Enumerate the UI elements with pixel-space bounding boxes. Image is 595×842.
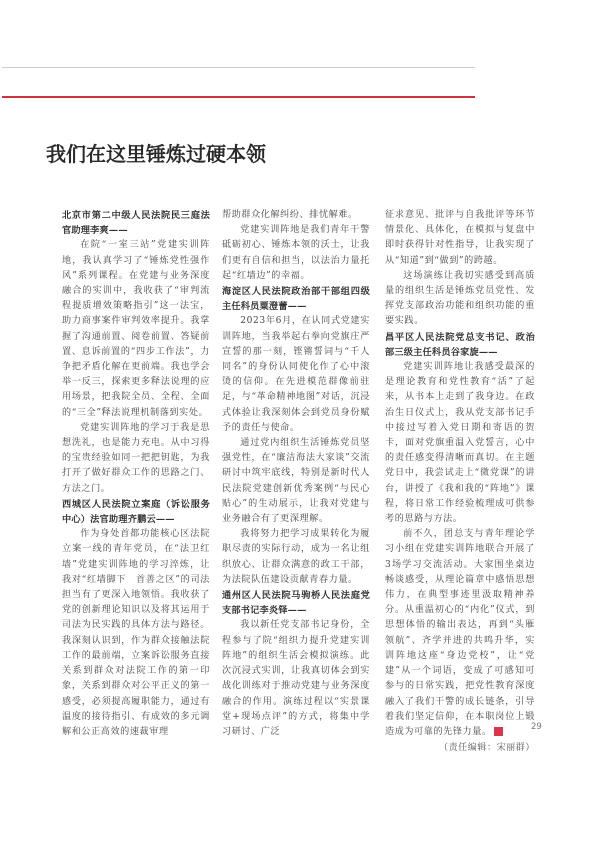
paragraph: 前不久，团总支与青年理论学习小组在党建实训阵地联合开展了3场学习交流活动。大家围… [385,527,535,740]
paragraph: 党建实训阵地是我们青年干警砥砺初心、锤炼本领的沃土，让我们更有自信和担当，以法治… [222,223,370,284]
page-number: 29 [531,722,542,732]
text-column-2: 帮助群众化解纠纷、排忧解难。 党建实训阵地是我们青年干警砥砺初心、锤炼本领的沃土… [222,208,370,740]
paragraph: 我以新任党支部书记身份，全程参与了院“组织力提升党建实训阵地”的组织生活会模拟演… [222,618,370,740]
paragraph: 2023年6月，在认同式党建实训阵地，当我举起右拳向党旗庄严宣誓的那一刻，铿锵誓… [222,314,370,436]
paragraph-text: 前不久，团总支与青年理论学习小组在党建实训阵地联合开展了3场学习交流活动。大家围… [385,529,535,737]
text-column-1: 北京市第二中级人民法院民三庭法官助理李爽—— 在院“一室三站”党建实训阵地，我认… [62,208,210,740]
section-heading: 海淀区人民法院政治部干部组四级主任科员粟澄蕾—— [222,284,370,314]
text-column-3: 征求意见、批评与自我批评等环节情景化、具体化，在模拟与复盘中即时获得针对性指导，… [385,208,535,756]
paragraph: 这场演练让我切实感受到高质量的组织生活是锤炼党员党性、发挥党支部政治功能和组织功… [385,269,535,330]
end-mark-icon: Z [494,727,503,736]
paragraph: 作为身处首都功能核心区法院立案一线的青年党员，在“法卫红墙”党建实训阵地的学习淬… [62,527,210,740]
header-thin-rule [2,67,475,68]
article-title: 我们在这里锤炼过硬本领 [46,138,266,167]
paragraph: 党建实训阵地让我感受最深的是理论教育和党性教育“活”了起来，从书本上走到了我身边… [385,360,535,527]
paragraph: 我将努力把学习成果转化为履职尽责的实际行动，成为一名让组织放心、让群众满意的政工… [222,527,370,588]
editor-credit: （责任编辑：宋丽群） [385,741,535,756]
section-heading: 北京市第二中级人民法院民三庭法官助理李爽—— [62,208,210,238]
paragraph: 党建实训阵地的学习于我是思想洗礼，也是能力充电。从中习得的宝贵经验如同一把把钥匙… [62,421,210,497]
paragraph-continued: 征求意见、批评与自我批评等环节情景化、具体化，在模拟与复盘中即时获得针对性指导，… [385,208,535,269]
header-red-rule [2,96,475,98]
paragraph: 在院“一室三站”党建实训阵地，我认真学习了“锤炼党性强作风”系列课程。在党建与业… [62,238,210,420]
paragraph: 通过党内组织生活锤炼党员坚强党性，在“廉洁海法大家谈”交流研讨中筑牢底线，特别是… [222,436,370,527]
section-heading: 通州区人民法院马驹桥人民法庭党支部书记李炎铎—— [222,588,370,618]
section-heading: 昌平区人民法院党总支书记、政治部三级主任科员谷家旋—— [385,330,535,360]
paragraph-continued: 帮助群众化解纠纷、排忧解难。 [222,208,370,223]
section-heading: 西城区人民法院立案庭（诉讼服务中心）法官助理齐鹏云—— [62,497,210,527]
